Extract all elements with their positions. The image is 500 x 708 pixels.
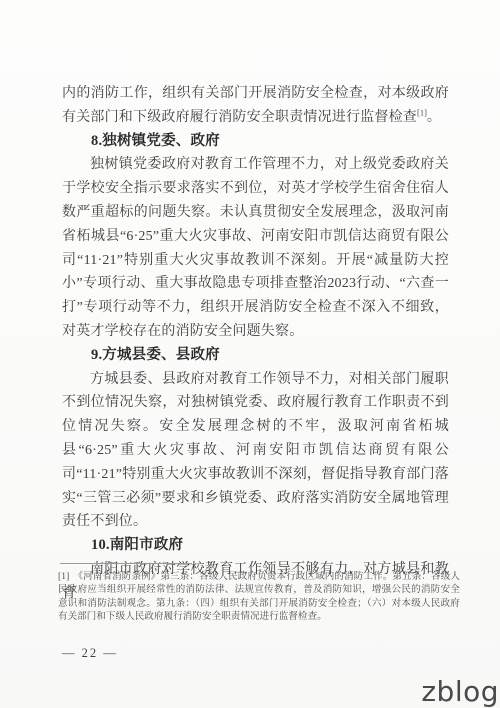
section-body-8: 独树镇党委政府对教育工作管理不力，对上级党委政府关于学校安全指示要求落实不到位，… [62,153,449,343]
section-body-9: 方城县委、县政府对教育工作领导不力，对相关部门履职不到位情况失察，对独树镇党委、… [62,368,449,535]
footnote-separator-line [60,563,192,564]
continuation-period: 。 [427,110,441,125]
footnote-ref-marker: [1] [417,107,427,117]
continuation-text: 内的消防工作，组织有关部门开展消防安全检查，对本级政府有关部门和下级政府履行消防… [62,86,449,125]
watermark-zblog: zblog [421,678,499,706]
section-heading-9: 9.方城县委、县政府 [62,344,449,368]
footnote-number: [1] [58,572,69,582]
footnote-body: 《河南省消防条例》第三条：各级人民政府负责本行政区域内的消防工作。第五条：各级人… [58,572,460,622]
page-number: — 22 — [62,646,118,661]
paragraph-continuation: 内的消防工作，组织有关部门开展消防安全检查，对本级政府有关部门和下级政府履行消防… [62,82,449,130]
main-text-block: 内的消防工作，组织有关部门开展消防安全检查，对本级政府有关部门和下级政府履行消防… [62,82,449,606]
document-page: 内的消防工作，组织有关部门开展消防安全检查，对本级政府有关部门和下级政府履行消防… [0,0,500,708]
section-heading-10: 10.南阳市政府 [62,534,449,558]
footnote: [1]《河南省消防条例》第三条：各级人民政府负责本行政区域内的消防工作。第五条：… [58,571,460,625]
footnote-area: [1]《河南省消防条例》第三条：各级人民政府负责本行政区域内的消防工作。第五条：… [58,563,460,625]
section-heading-8: 8.独树镇党委、政府 [62,130,449,154]
